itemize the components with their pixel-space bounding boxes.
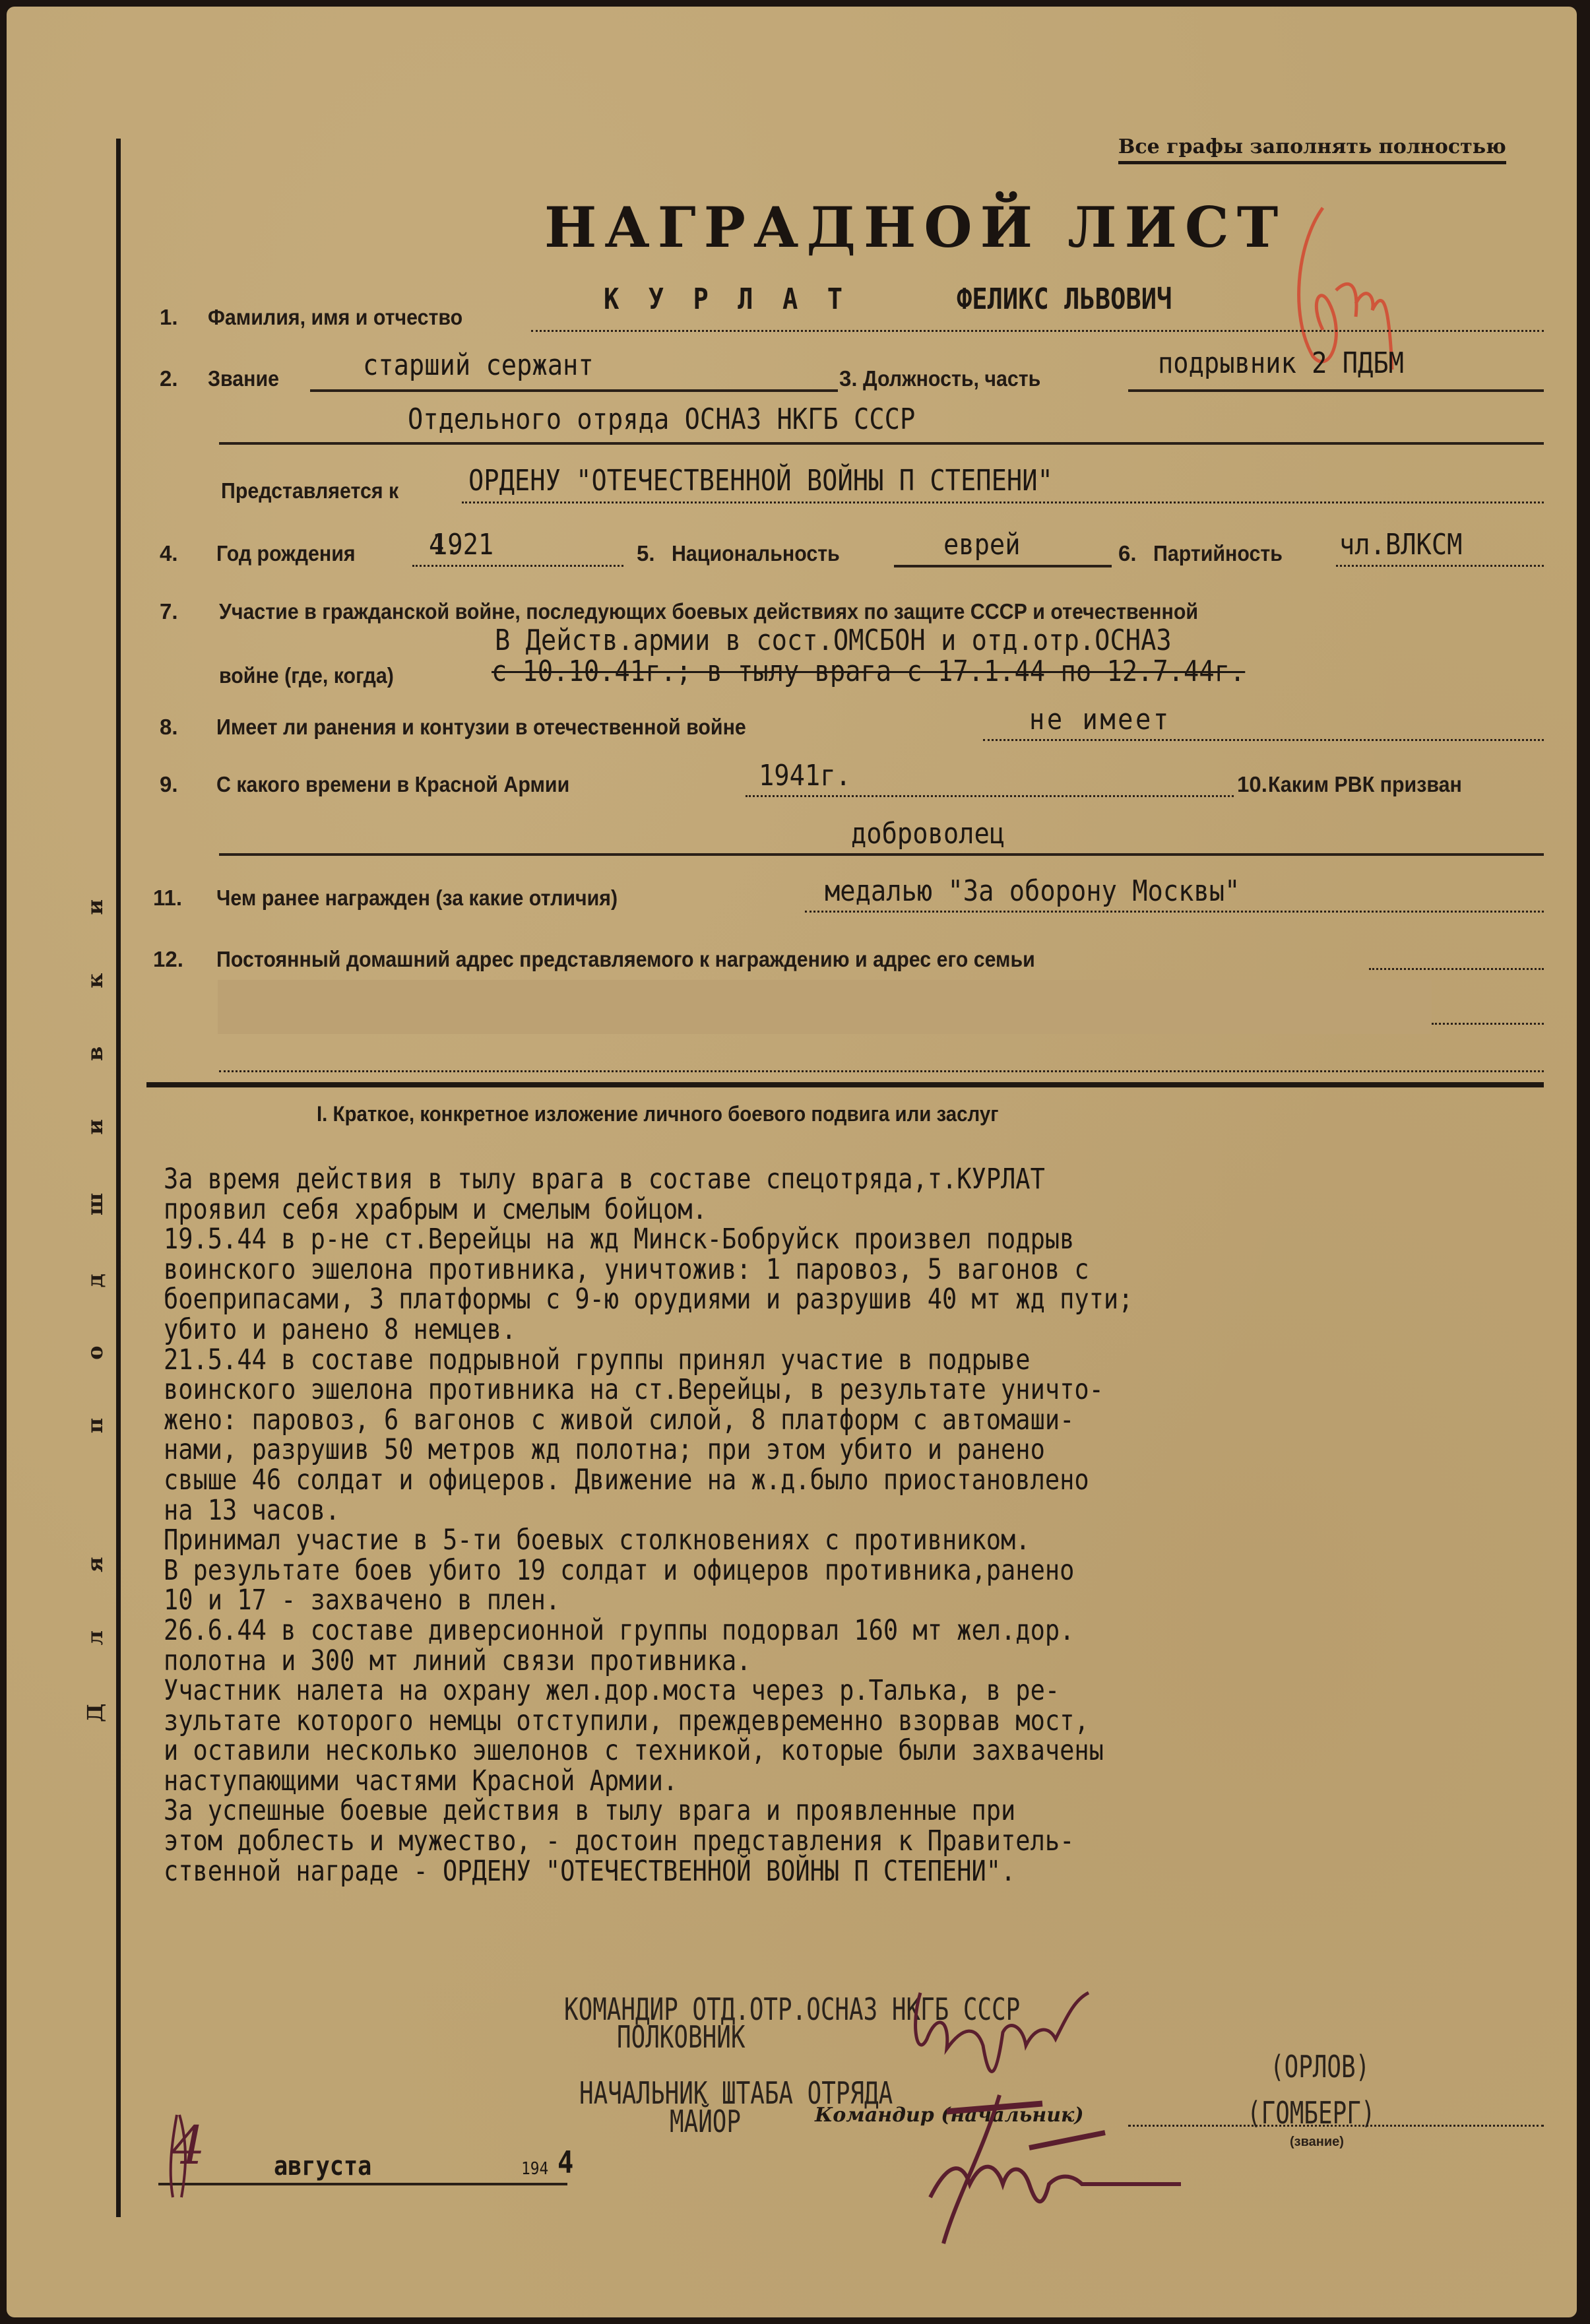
field-4-birth-year-value[interactable]: 1921 [432,528,493,562]
field-4-label: Год рождения [216,541,356,566]
field-1-number: 1. [160,305,178,330]
red-pencil-mark-icon [1283,205,1402,370]
redacted-address-block [218,980,1432,1034]
field-3-position-value[interactable]: подрывник 2 ПДБМ [1158,346,1404,380]
printed-rank-label: (звание) [1290,2135,1344,2150]
field-8-label: Имеет ли ранения и контузии в отечествен… [216,715,746,740]
printed-commander-label: Командир (начальник) [815,2104,1084,2127]
field-4-underline [412,565,623,567]
field-6-party-value[interactable]: чл.ВЛКСМ [1339,528,1462,562]
field-12-underline [1369,968,1544,970]
section-heading: I. Краткое, конкретное изложение личного… [317,1102,998,1126]
merit-line: наступающими частями Красной Армии. [164,1766,1383,1797]
merit-line: ственной награде - ОРДЕНУ "ОТЕЧЕСТВЕННОЙ… [164,1857,1383,1887]
field-7-label-line2: войне (где, когда) [219,663,394,688]
field-3-number: 3. [839,366,858,391]
binding-margin-rule [116,139,121,2217]
section-divider [146,1082,1544,1087]
merit-line: Участник налета на охрану жел.дор.моста … [164,1676,1383,1706]
presented-to-underline [462,501,1544,503]
field-12-number: 12. [153,947,183,972]
field-12-label: Постоянный домашний адрес представляемог… [216,947,1035,972]
field-11-label: Чем ранее награжден (за какие отличия) [216,886,618,911]
field-8-wounds-value[interactable]: не имеет [1029,703,1171,736]
document-title: НАГРАДНОЙ ЛИСТ [544,195,1286,260]
field-11-previous-awards-value[interactable]: медалью "За оборону Москвы" [825,874,1240,908]
field-3-unit-value[interactable]: Отдельного отряда ОСНАЗ НКГБ СССР [408,403,915,436]
merit-line: этом доблесть и мужество, - достоин пред… [164,1826,1383,1857]
field-5-number: 5. [637,541,655,566]
award-sheet-page: Для подшивки Все графы заполнять полност… [7,7,1577,2317]
merit-line: на 13 часов. [164,1496,1383,1526]
commander-name: (ОРЛОВ) [1270,2049,1370,2084]
field-12-bottom-underline [219,1070,1544,1072]
chief-of-staff-rank: МАЙОР [670,2104,741,2139]
presented-to-award-value[interactable]: ОРДЕНУ "ОТЕЧЕСТВЕННОЙ ВОЙНЫ П СТЕПЕНИ" [468,464,1053,498]
field-9-underline [746,795,1234,797]
field-3-underline [1128,389,1544,392]
field-2-number: 2. [160,366,178,391]
merit-line: 10 и 17 - захвачено в плен. [164,1586,1383,1616]
field-7-value-line1[interactable]: В Действ.армии в сост.ОМСБОН и отд.отр.О… [495,624,1172,657]
field-2-rank-value[interactable]: старший сержант [363,348,594,382]
field-2-label: Звание [208,366,279,391]
merit-description-text: За время действия в тылу врага в составе… [164,1165,1383,1887]
merit-line: зультате которого немцы отступили, прежд… [164,1706,1383,1737]
field-4-number: 4. [160,541,178,566]
field-9-label: С какого времени в Красной Армии [216,772,569,797]
field-1-label: Фамилия, имя и отчество [208,305,462,330]
merit-line: жено: паровоз, 6 вагонов с живой силой, … [164,1405,1383,1436]
field-9-number: 9. [160,772,178,797]
field-10-underline [219,853,1544,856]
merit-line: проявил себя храбрым и смелым бойцом. [164,1195,1383,1225]
chief-of-staff-name: (ГОМБЕРГ) [1247,2095,1375,2131]
date-year-prefix: 194 [521,2159,548,2179]
field-5-nationality-value[interactable]: еврей [943,528,1021,562]
field-5-label: Национальность [672,541,840,566]
merit-line: боеприпасами, 3 платформы с 9-ю орудиями… [164,1285,1383,1315]
field-1-underline [531,330,1544,332]
merit-line: За успешные боевые действия в тылу врага… [164,1796,1383,1826]
field-1-surname[interactable]: К У Р Л А Т [604,282,850,316]
merit-line: воинского эшелона противника на ст.Верей… [164,1375,1383,1405]
field-11-number: 11. [153,886,182,911]
field-1-given-names[interactable]: ФЕЛИКС ЛЬВОВИЧ [957,282,1172,316]
merit-line: Принимал участие в 5-ти боевых столкнове… [164,1526,1383,1556]
commander-rank: ПОЛКОВНИК [617,2019,745,2055]
field-8-underline [983,739,1544,741]
field-12-address-underline [1432,1023,1544,1025]
field-5-underline [894,565,1112,567]
field-6-label: Партийность [1153,541,1283,566]
field-8-number: 8. [160,715,178,740]
field-10-label: Каким РВК призван [1268,772,1462,797]
field-7-label-line1: Участие в гражданской войне, последующих… [219,599,1198,624]
merit-line: 19.5.44 в р-не ст.Верейцы на жд Минск-Бо… [164,1225,1383,1255]
field-6-underline [1336,565,1544,567]
fill-all-fields-note: Все графы заполнять полностью [1118,135,1506,164]
merit-line: 21.5.44 в составе подрывной группы приня… [164,1345,1383,1376]
merit-line: и оставили несколько эшелонов с техникой… [164,1736,1383,1766]
field-6-number: 6. [1118,541,1137,566]
field-9-service-since-value[interactable]: 1941г. [759,759,851,792]
field-3-unit-underline [219,442,1544,445]
date-year-suffix: 4 [557,2145,573,2180]
merit-line: 26.6.44 в составе диверсионной группы по… [164,1616,1383,1646]
field-3-label: Должность, часть [863,366,1040,391]
binding-margin-label: Для подшивки [82,600,108,1722]
merit-line: За время действия в тылу врага в составе… [164,1165,1383,1195]
date-day-handwritten: 4 [172,2115,205,2176]
merit-line: воинского эшелона противника, уничтожив:… [164,1255,1383,1285]
merit-line: нами, разрушив 50 метров жд полотна; при… [164,1435,1383,1466]
merit-line: свыше 46 солдат и офицеров. Движение на … [164,1466,1383,1496]
field-10-draft-office-value[interactable]: доброволец [851,817,1005,851]
field-2-underline [310,389,838,392]
field-11-underline [805,911,1544,913]
date-month: августа [274,2151,371,2181]
field-10-number: 10. [1237,772,1267,797]
merit-line: убито и ранено 8 немцев. [164,1315,1383,1345]
merit-line: В результате боев убито 19 солдат и офиц… [164,1556,1383,1586]
presented-to-label: Представляется к [221,478,398,503]
merit-line: полотна и 300 мт линий связи противника. [164,1646,1383,1677]
date-underline [158,2183,567,2185]
field-7-value-line2[interactable]: с 10.10.41г.; в тылу врага с 17.1.44 по … [492,655,1245,688]
field-7-number: 7. [160,599,178,624]
